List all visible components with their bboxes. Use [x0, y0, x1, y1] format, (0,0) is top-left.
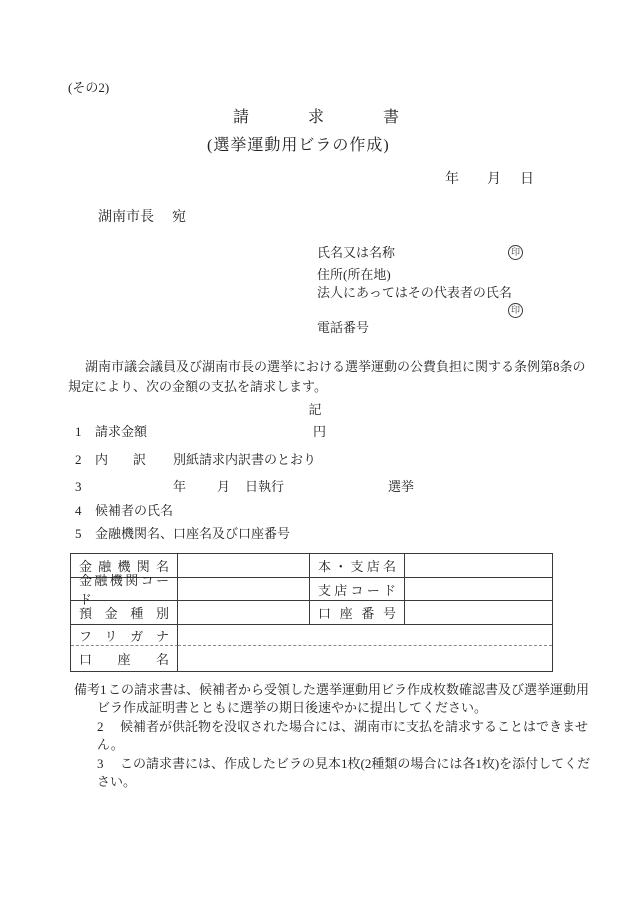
deposit-type-label-cell: 預金種別: [71, 601, 178, 625]
bank-account-table: 金融機関名 本・支店名 金融機関コード 支店コード 預金種別 口座番号 フリガナ…: [70, 553, 553, 672]
claim-amount-label: 請求金額: [95, 423, 147, 441]
document-page: (その2) 請求書 (選挙運動用ビラの作成) 年 月 日 湖南市長 宛 氏名又は…: [0, 0, 630, 903]
doc-subtitle: (選挙運動用ビラの作成): [207, 136, 390, 156]
remarks-line1: 備考1この請求書は、候補者から受領した選挙運動用ビラ作成枚数確認書及び選挙運動用: [74, 681, 589, 699]
breakdown-label-part1: 内: [95, 451, 108, 469]
bank-info-label: 金融機関名、口座名及び口座番号: [95, 525, 290, 543]
branch-code-value-cell: [405, 578, 552, 601]
sender-name-label: 氏名又は名称: [317, 244, 395, 262]
remarks-line3: 2候補者が供託物を没収された場合には、湖南市に支払を請求することはできませ: [97, 718, 588, 736]
item-number: 5: [75, 525, 82, 543]
seal-mark-icon: 印: [508, 245, 523, 260]
corner-label: (その2): [68, 79, 109, 97]
remarks-heading: 備考1: [74, 681, 108, 699]
head-branch-value-cell: [405, 554, 552, 578]
item-number: 4: [75, 502, 82, 520]
financial-institution-value-cell: [178, 554, 310, 578]
account-name-value-cell: [178, 646, 552, 671]
remarks-note2-number: 2: [97, 718, 120, 736]
head-branch-label: 本・支店名: [318, 556, 396, 575]
claim-amount-row: 1 請求金額 円: [0, 423, 630, 441]
seal-char: 印: [511, 248, 520, 257]
sender-phone-label: 電話番号: [317, 319, 369, 337]
remarks-note1-line1: この請求書は、候補者から受領した選挙運動用ビラ作成枚数確認書及び選挙運動用: [108, 682, 589, 697]
institution-code-value-cell: [178, 578, 310, 601]
body-paragraph-line1: 湖南市議会議員及び湖南市長の選挙における選挙運動の公費負担に関する条例第8条の: [85, 357, 586, 377]
seal-mark-icon: 印: [508, 303, 523, 318]
addressee-honorific: 宛: [172, 209, 186, 227]
date-day-label: 日: [520, 171, 534, 189]
branch-code-label: 支店コード: [318, 580, 396, 599]
doc-title: 請求書: [233, 108, 458, 128]
candidate-name-label: 候補者の氏名: [95, 502, 173, 520]
account-number-label-cell: 口座番号: [310, 601, 405, 625]
date-month-label: 月: [487, 171, 501, 189]
candidate-name-row: 4 候補者の氏名: [0, 502, 630, 520]
head-branch-label-cell: 本・支店名: [310, 554, 405, 578]
remarks-note3-line1: この請求書には、作成したビラの見本1枚(2種類の場合には各1枚)を添付してくだ: [120, 756, 590, 771]
account-number-label: 口座番号: [318, 603, 396, 622]
sender-address-label: 住所(所在地): [317, 266, 391, 284]
furigana-label-cell: フリガナ: [71, 625, 178, 646]
account-number-value-cell: [405, 601, 552, 625]
account-name-label: 口座名: [79, 649, 169, 668]
institution-code-label-cell: 金融機関コード: [71, 578, 178, 601]
remarks-note2-line1: 候補者が供託物を没収された場合には、湖南市に支払を請求することはできませ: [120, 719, 588, 734]
election-date-row: 3 年 月 日執行 選挙: [0, 478, 630, 496]
furigana-label: フリガナ: [79, 626, 169, 645]
breakdown-value: 別紙請求内訳書のとおり: [173, 451, 316, 469]
remarks-note3-number: 3: [97, 755, 120, 773]
deposit-type-value-cell: [178, 601, 310, 625]
remarks-note1-line2: ビラ作成証明書とともに選挙の期日後速やかに提出してください。: [97, 699, 487, 717]
branch-code-label-cell: 支店コード: [310, 578, 405, 601]
addressee-line: 湖南市長 宛: [0, 209, 630, 227]
remarks-note2-line2: ん。: [97, 736, 124, 754]
item-number: 3: [75, 478, 82, 496]
date-line: 年 月 日: [0, 171, 630, 189]
remarks-note3-line2: さい。: [97, 773, 136, 791]
election-label: 選挙: [388, 478, 414, 496]
seal-char: 印: [511, 306, 520, 315]
record-marker: 記: [0, 401, 630, 419]
yen-unit-label: 円: [313, 423, 326, 441]
breakdown-label-part2: 訳: [133, 451, 146, 469]
body-paragraph-line2: 規定により、次の金額の支払を請求します。: [68, 377, 327, 397]
election-month-label: 月: [217, 478, 230, 496]
breakdown-row: 2 内 訳 別紙請求内訳書のとおり: [0, 451, 630, 469]
bank-info-row: 5 金融機関名、口座名及び口座番号: [0, 525, 630, 543]
sender-representative-label: 法人にあってはその代表者の氏名: [317, 284, 512, 302]
election-day-exec-label: 日執行: [245, 478, 284, 496]
addressee-name: 湖南市長: [98, 209, 154, 227]
election-year-label: 年: [173, 478, 186, 496]
item-number: 2: [75, 451, 82, 469]
furigana-value-cell: [178, 625, 552, 646]
date-year-label: 年: [445, 171, 459, 189]
remarks-line5: 3この請求書には、作成したビラの見本1枚(2種類の場合には各1枚)を添付してくだ: [97, 755, 590, 773]
account-name-label-cell: 口座名: [71, 646, 178, 671]
deposit-type-label: 預金種別: [79, 603, 169, 622]
item-number: 1: [75, 423, 82, 441]
